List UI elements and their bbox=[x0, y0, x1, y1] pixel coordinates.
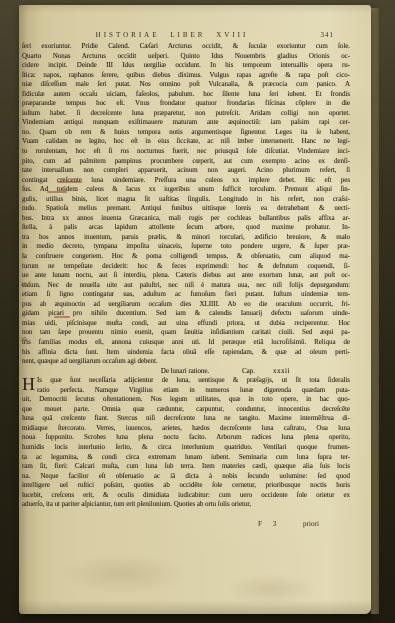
chapter-cap-label: Cap. bbox=[242, 367, 255, 377]
text-line: fidiculæ autem occaſu uiciam, faſeolos, … bbox=[22, 90, 350, 100]
text-line: no. Quam ob rem & huius tempora notis ar… bbox=[22, 128, 350, 138]
text-line: Vuam calidam ne legito, hoc eſt in eius … bbox=[22, 137, 350, 147]
paragraph-block-calendar: ſeri exoriuntur. Pridie Calend. Cæſari A… bbox=[22, 42, 350, 367]
text-line: la conſtruere congeriem. Hoc & poma coll… bbox=[22, 252, 350, 262]
text-line: bus. Intra xx annos inuenta Græcanica, m… bbox=[22, 214, 350, 224]
text-line: gulis, utilius binis, licet magna ſit ua… bbox=[22, 195, 350, 205]
chapter-title: De lunari ratione. bbox=[22, 367, 348, 377]
text-line: tudo. Spatioſa melius premant. Antiqui f… bbox=[22, 204, 350, 214]
text-line: ſus. Ad totidem culeos & lacus xx iugeri… bbox=[22, 185, 350, 195]
text-line: Vindemiam antiqui nunquam exiſtimauere m… bbox=[22, 118, 350, 128]
page-number: 341 bbox=[321, 31, 335, 39]
running-title: HISTORIAE LIBER XVIII bbox=[22, 31, 322, 39]
paragraph-lines: Is quæ ſunt neceſſaria adijcientur de lu… bbox=[22, 376, 350, 500]
text-line: lucebit, creſcens erit, & oculis dimidia… bbox=[22, 491, 350, 501]
paragraph-block-lunar: H Is quæ ſunt neceſſaria adijcientur de … bbox=[22, 376, 350, 510]
chapter-number: xxxii bbox=[273, 367, 290, 377]
text-line: caſum. Nec de nouella uite aut paluſtri,… bbox=[22, 281, 350, 291]
text-line: na. Neque facilior eſt obſeruatio ac iā … bbox=[22, 472, 350, 482]
text-line: ta ac legumina, & condi circa extremam l… bbox=[22, 453, 350, 463]
text-line: gidam picari pro nihilo ducentium. Sed i… bbox=[22, 309, 350, 319]
text-line: niæ diſceſſum male ſeri putat. Nos omnin… bbox=[22, 80, 350, 90]
text-line: ſtica: napos, raphanos ſerere, quibus di… bbox=[22, 71, 350, 81]
text-line: tate interuallum non compleri apparuerit… bbox=[22, 166, 350, 176]
signature-line: F 3 priori bbox=[22, 520, 350, 530]
text-line: Is quæ ſunt neceſſaria adijcientur de lu… bbox=[22, 376, 350, 386]
paper-stain bbox=[224, 573, 319, 605]
text-line: humidis locis interlunio ſerito, & circa… bbox=[22, 443, 350, 453]
signature-mark: F 3 bbox=[258, 520, 276, 528]
paragraph-last-line: aduerſo, ita ut pariter aſpiciantur, tum… bbox=[22, 500, 350, 510]
text-line: mias uidi, piſcinisque muſta condi, aut … bbox=[22, 319, 350, 329]
red-ink-annotation bbox=[47, 191, 67, 193]
scanned-book-photo: HISTORIAE LIBER XVIII 341 30 35 ſeri exo… bbox=[0, 0, 395, 623]
drop-cap-initial: H bbox=[22, 376, 36, 394]
text-line: pus ab æquinoctio ad uergiliarum occaſum… bbox=[22, 300, 350, 310]
text-line: to rorulentam, hoc eſt ſi ros nocturnus … bbox=[22, 147, 350, 157]
red-ink-annotation bbox=[58, 181, 82, 183]
catchword: priori bbox=[303, 520, 319, 528]
text-line: ſeri exoriuntur. Pridie Calend. Cæſari A… bbox=[22, 42, 350, 52]
text-line: que mouet parte. Omnia quæ cæduntur, car… bbox=[22, 405, 350, 415]
page-header: HISTORIAE LIBER XVIII 341 bbox=[22, 31, 350, 41]
text-line: tra hos annos inuentum, paruis prælis, &… bbox=[22, 233, 350, 243]
text-line: ratio perfecta. Namque Virgilius etiam i… bbox=[22, 386, 350, 396]
text-line: midiaque ſtercorato. Verres, iuuencos, a… bbox=[22, 424, 350, 434]
text-line: ſtella, à palis arcas lapidum attollente… bbox=[22, 223, 350, 233]
margin-number: 30 bbox=[21, 281, 26, 291]
red-ink-annotation bbox=[54, 316, 70, 318]
paragraph-lines: ſeri exoriuntur. Pridie Calend. Cæſari A… bbox=[22, 42, 350, 357]
text-line: ram ſit, fieri: Calcari muſta, cum luna … bbox=[22, 462, 350, 472]
text-line: intelligere uel ruſtici poſsint, quoties… bbox=[22, 481, 350, 491]
text-line: præparandæ tempus hoc eſt. Vnus frondato… bbox=[22, 99, 350, 109]
text-line: noua ſupponito. Scrobes luna plena noctu… bbox=[22, 433, 350, 443]
text-line: tris familias modus eſt, annona cuiusque… bbox=[22, 338, 350, 348]
paragraph-last-line: nent, quæque ad uergiliarum occaſum agi … bbox=[22, 357, 350, 367]
book-page: HISTORIAE LIBER XVIII 341 30 35 ſeri exo… bbox=[19, 5, 371, 614]
text-line: pito, cum ad palmitem pampinus procumber… bbox=[22, 157, 350, 167]
text-line: uit, Democriti ſecutus oſtentationem. No… bbox=[22, 395, 350, 405]
text-line: his affinia dicta ſunt. Item uindemia fa… bbox=[22, 348, 350, 358]
book-fore-edge bbox=[371, 8, 379, 614]
text-line: non tam ſæpe prouentu nimio euenit, quam… bbox=[22, 328, 350, 338]
text-line: etiam ſi ligno contingatur uas, aduſtum … bbox=[22, 290, 350, 300]
text-line: ue ante lunam noctu, aut ſi interdiu, pl… bbox=[22, 271, 350, 281]
text-line: turum ne tempeſtate deciderit: hoc & fec… bbox=[22, 262, 350, 272]
margin-number: 35 bbox=[21, 336, 26, 346]
text-line: cidere incipit. Deinde III Idus uergiliæ… bbox=[22, 61, 350, 71]
paper-stain bbox=[59, 553, 189, 595]
text-line: in medio decreto, tympana impoſita uinac… bbox=[22, 242, 350, 252]
text-block: 30 35 ſeri exoriuntur. Pridie Calend. Cæ… bbox=[22, 42, 350, 510]
chapter-heading: De lunari ratione. Cap. xxxii bbox=[22, 367, 350, 377]
text-line: luna quā creſcente fiant. Stercus niſi d… bbox=[22, 414, 350, 424]
text-line: Quarto Nonas Arcturus occidit ueſperi. Q… bbox=[22, 52, 350, 62]
text-line: iuſtum habet. ſi decreſcente luna præpar… bbox=[22, 109, 350, 119]
